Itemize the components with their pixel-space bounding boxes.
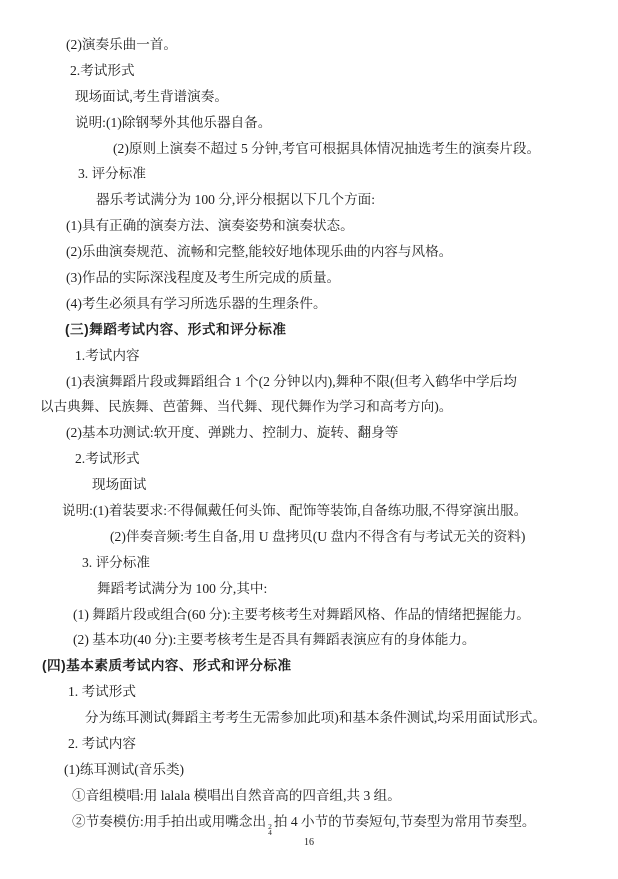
text-line: (2)乐曲演奏规范、流畅和完整,能较好地体现乐曲的内容与风格。 (66, 239, 618, 265)
text-line: 3. 评分标准 (82, 550, 618, 576)
text-line: (3)作品的实际深浅程度及考生所完成的质量。 (66, 265, 618, 291)
rhythm-line-pre: ②节奏模仿:用手拍出或用嘴念出 (72, 814, 266, 829)
text-line: 1. 考试形式 (68, 679, 618, 705)
text-line: 现场面试,考生背谱演奏。 (75, 84, 618, 110)
text-line: (1)具有正确的演奏方法、演奏姿势和演奏状态。 (66, 213, 618, 239)
text-line: 3. 评分标准 (78, 161, 618, 187)
text-line: 2.考试形式 (75, 446, 618, 472)
text-line: (1)练耳测试(音乐类) (64, 757, 618, 783)
text-line: (1) 舞蹈片段或组合(60 分):主要考核考生对舞蹈风格、作品的情绪把握能力。 (73, 602, 618, 628)
text-line: 说明:(1)着装要求:不得佩戴任何头饰、配饰等装饰,自备练功服,不得穿演出服。 (62, 498, 618, 524)
text-line: 1.考试内容 (75, 343, 618, 369)
text-block: (2)演奏乐曲一首。 2.考试形式 现场面试,考生背谱演奏。 说明:(1)除钢琴… (0, 32, 618, 835)
page-number: 16 (0, 836, 618, 849)
text-line: ②节奏模仿:用手拍出或用嘴念出24拍 4 小节的节奏短句,节奏型为常用节奏型。 (72, 809, 618, 835)
text-line: (2)基本功测试:软开度、弹跳力、控制力、旋转、翻身等 (66, 420, 618, 446)
text-line: (4)考生必须具有学习所选乐器的生理条件。 (66, 291, 618, 317)
text-line: (2)原则上演奏不超过 5 分钟,考官可根据具体情况抽选考生的演奏片段。 (113, 136, 618, 162)
text-line: 以古典舞、民族舞、芭蕾舞、当代舞、现代舞作为学习和高考方向)。 (40, 394, 618, 420)
text-line: 现场面试 (92, 472, 618, 498)
text-line: 2. 考试内容 (68, 731, 618, 757)
text-line: (2) 基本功(40 分):主要考核考生是否具有舞蹈表演应有的身体能力。 (73, 627, 618, 653)
text-line: (1)表演舞蹈片段或舞蹈组合 1 个(2 分钟以内),舞种不限(但考入鹤华中学后… (66, 369, 618, 395)
text-line: 2.考试形式 (70, 58, 618, 84)
section-heading-basic-quality: (四)基本素质考试内容、形式和评分标准 (42, 653, 618, 679)
text-line: 器乐考试满分为 100 分,评分根据以下几个方面: (96, 187, 618, 213)
time-signature-fraction: 24 (268, 824, 272, 837)
section-heading-dance: (三)舞蹈考试内容、形式和评分标准 (65, 317, 618, 343)
text-line: ①音组模唱:用 lalala 模唱出自然音高的四音组,共 3 组。 (72, 783, 618, 809)
text-line: (2)演奏乐曲一首。 (66, 32, 618, 58)
text-line: (2)伴奏音频:考生自备,用 U 盘拷贝(U 盘内不得含有与考试无关的资料) (110, 524, 618, 550)
rhythm-line-post: 拍 4 小节的节奏短句,节奏型为常用节奏型。 (274, 814, 536, 829)
text-line: 舞蹈考试满分为 100 分,其中: (97, 576, 618, 602)
text-line: 分为练耳测试(舞蹈主考考生无需参加此项)和基本条件测试,均采用面试形式。 (85, 705, 618, 731)
document-page: (2)演奏乐曲一首。 2.考试形式 现场面试,考生背谱演奏。 说明:(1)除钢琴… (0, 0, 618, 879)
text-line: 说明:(1)除钢琴外其他乐器自备。 (75, 110, 618, 136)
